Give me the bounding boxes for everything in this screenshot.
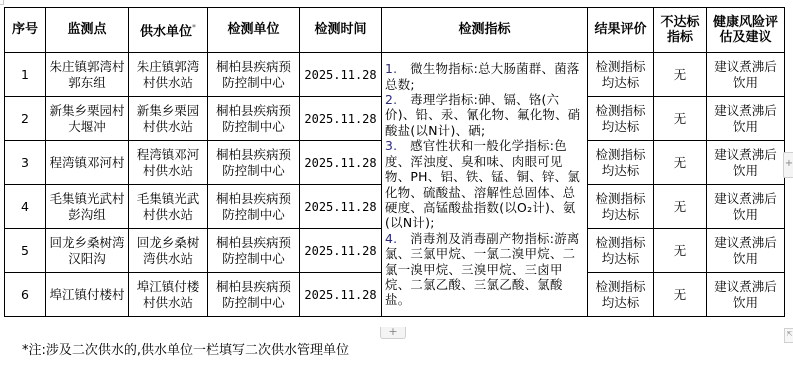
indicator-text: 消毒剂及消毒副产物指标:游离氯、三氯甲烷、一氯二溴甲烷、二氯一溴甲烷、三溴甲烷、… <box>385 231 580 308</box>
indicator-text: 感官性状和一般化学指标:色度、浑浊度、臭和味、肉眼可见物、PH、铝、铁、锰、铜、… <box>385 138 580 230</box>
cell-seq[interactable]: 3 <box>5 141 46 185</box>
header-supplier-label: 供水单位 <box>140 24 192 39</box>
cell-supplier[interactable]: 程湾镇邓河村供水站 <box>129 141 208 185</box>
page-corner-mark <box>0 0 4 5</box>
cell-result[interactable]: 检测指标均达标 <box>588 141 654 185</box>
cell-seq[interactable]: 1 <box>5 53 46 97</box>
cell-seq[interactable]: 6 <box>5 273 46 317</box>
cell-date[interactable]: 2025.11.28 <box>300 273 382 317</box>
cell-failed[interactable]: 无 <box>654 273 707 317</box>
water-quality-table: 序号 监测点 供水单位* 检测单位 检测时间 检测指标 结果评价 不达标指标 健… <box>4 7 785 317</box>
cell-supplier[interactable]: 新集乡栗园村供水站 <box>129 97 208 141</box>
cell-lab[interactable]: 桐柏县疾病预防控制中心 <box>208 97 300 141</box>
header-date: 检测时间 <box>300 8 382 53</box>
cell-seq[interactable]: 4 <box>5 185 46 229</box>
cell-failed[interactable]: 无 <box>654 141 707 185</box>
indicator-item: 4. 消毒剂及消毒副产物指标:游离氯、三氯甲烷、一氯二溴甲烷、二氯一溴甲烷、三溴… <box>385 231 584 308</box>
indicator-number: 3. <box>385 138 397 153</box>
indicator-item: 2. 毒理学指标:砷、镉、铬(六价)、铅、汞、氰化物、氟化物、硝酸盐(以N计)、… <box>385 92 584 138</box>
add-column-button[interactable]: + <box>783 152 793 178</box>
cell-result[interactable]: 检测指标均达标 <box>588 185 654 229</box>
cell-site[interactable]: 埠江镇付楼村 <box>46 273 129 317</box>
header-site: 监测点 <box>46 8 129 53</box>
footnote: *注:涉及二次供水的,供水单位一栏填写二次供水管理单位 <box>22 342 349 360</box>
cell-site[interactable]: 朱庄镇郭湾村郭东组 <box>46 53 129 97</box>
cell-advice[interactable]: 建议煮沸后饮用 <box>707 97 785 141</box>
header-failed-line2: 指标 <box>667 30 693 45</box>
cell-lab[interactable]: 桐柏县疾病预防控制中心 <box>208 141 300 185</box>
cell-result[interactable]: 检测指标均达标 <box>588 97 654 141</box>
indicator-number: 1. <box>385 61 397 76</box>
cell-advice[interactable]: 建议煮沸后饮用 <box>707 53 785 97</box>
cell-site[interactable]: 毛集镇光武村彭沟组 <box>46 185 129 229</box>
cell-indicators[interactable]: 1. 微生物指标:总大肠菌群、菌落总数; 2. 毒理学指标:砷、镉、铬(六价)、… <box>382 53 588 317</box>
table-row: 1 朱庄镇郭湾村郭东组 朱庄镇郭湾村供水站 桐柏县疾病预防控制中心 2025.1… <box>5 53 785 97</box>
cell-advice[interactable]: 建议煮沸后饮用 <box>707 141 785 185</box>
cell-lab[interactable]: 桐柏县疾病预防控制中心 <box>208 185 300 229</box>
cell-result[interactable]: 检测指标均达标 <box>588 273 654 317</box>
indicator-number: 2. <box>385 92 397 107</box>
header-row: 序号 监测点 供水单位* 检测单位 检测时间 检测指标 结果评价 不达标指标 健… <box>5 8 785 53</box>
cell-seq[interactable]: 2 <box>5 97 46 141</box>
cell-result[interactable]: 检测指标均达标 <box>588 53 654 97</box>
indicator-number: 4. <box>385 231 397 246</box>
cell-site[interactable]: 新集乡栗园村大堰冲 <box>46 97 129 141</box>
header-indicators: 检测指标 <box>382 8 588 53</box>
cell-site[interactable]: 程湾镇邓河村 <box>46 141 129 185</box>
cell-failed[interactable]: 无 <box>654 229 707 273</box>
cell-seq[interactable]: 5 <box>5 229 46 273</box>
cell-lab[interactable]: 桐柏县疾病预防控制中心 <box>208 273 300 317</box>
supplier-footnote-mark: * <box>192 23 196 32</box>
header-advice: 健康风险评估及建议 <box>707 8 785 53</box>
cell-lab[interactable]: 桐柏县疾病预防控制中心 <box>208 229 300 273</box>
indicator-text: 毒理学指标:砷、镉、铬(六价)、铅、汞、氰化物、氟化物、硝酸盐(以N计)、硒; <box>385 92 581 138</box>
header-advice-line2: 估及建议 <box>719 30 771 45</box>
cell-failed[interactable]: 无 <box>654 53 707 97</box>
cell-date[interactable]: 2025.11.28 <box>300 185 382 229</box>
cell-date[interactable]: 2025.11.28 <box>300 229 382 273</box>
cell-failed[interactable]: 无 <box>654 97 707 141</box>
cell-result[interactable]: 检测指标均达标 <box>588 229 654 273</box>
header-seq: 序号 <box>5 8 46 53</box>
cell-date[interactable]: 2025.11.28 <box>300 53 382 97</box>
cell-failed[interactable]: 无 <box>654 185 707 229</box>
cell-lab[interactable]: 桐柏县疾病预防控制中心 <box>208 53 300 97</box>
cell-site[interactable]: 回龙乡桑树湾汉阳沟 <box>46 229 129 273</box>
header-supplier: 供水单位* <box>129 8 208 53</box>
cell-advice[interactable]: 建议煮沸后饮用 <box>707 185 785 229</box>
header-result: 结果评价 <box>588 8 654 53</box>
cell-supplier[interactable]: 朱庄镇郭湾村供水站 <box>129 53 208 97</box>
cell-supplier[interactable]: 埠江镇付楼村供水站 <box>129 273 208 317</box>
header-failed-line1: 不达标 <box>660 15 699 30</box>
indicator-item: 1. 微生物指标:总大肠菌群、菌落总数; <box>385 61 584 92</box>
cell-date[interactable]: 2025.11.28 <box>300 141 382 185</box>
table-resize-handle[interactable]: ⇱ <box>784 328 793 343</box>
cell-date[interactable]: 2025.11.28 <box>300 97 382 141</box>
indicator-item: 3. 感官性状和一般化学指标:色度、浑浊度、臭和味、肉眼可见物、PH、铝、铁、锰… <box>385 138 584 230</box>
cell-supplier[interactable]: 毛集镇光武村供水站 <box>129 185 208 229</box>
indicator-text: 微生物指标:总大肠菌群、菌落总数; <box>385 61 580 91</box>
cell-advice[interactable]: 建议煮沸后饮用 <box>707 229 785 273</box>
header-lab: 检测单位 <box>208 8 300 53</box>
cell-supplier[interactable]: 回龙乡桑树湾供水站 <box>129 229 208 273</box>
header-advice-line1: 健康风险评 <box>713 15 778 30</box>
cell-advice[interactable]: 建议煮沸后饮用 <box>707 273 785 317</box>
header-failed: 不达标指标 <box>654 8 707 53</box>
add-row-button[interactable]: + <box>380 327 406 339</box>
